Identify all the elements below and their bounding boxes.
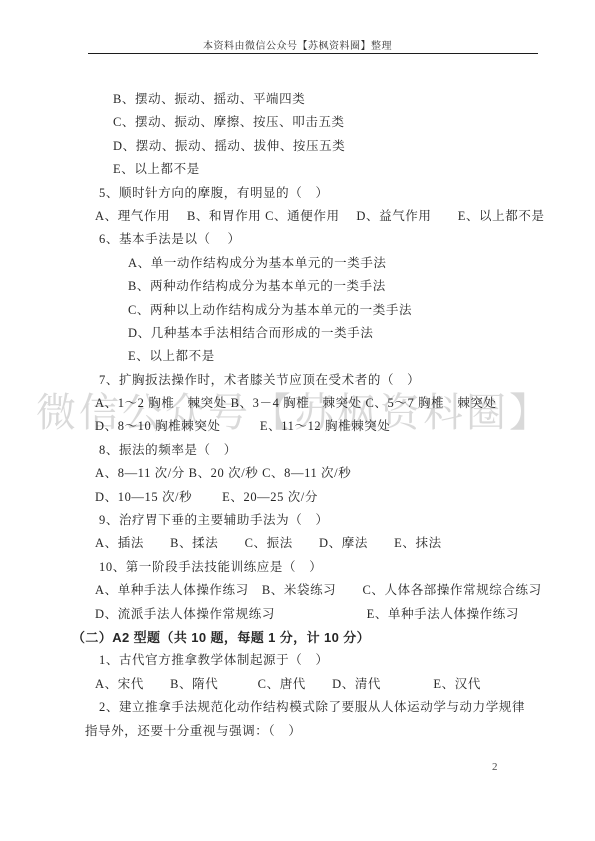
document-line: （二）A2 型题（共 10 题，每题 1 分，计 10 分） <box>0 626 595 649</box>
document-line: C、两种以上动作结构成分为基本单元的一类手法 <box>0 299 595 322</box>
document-line: A、插法 B、揉法 C、振法 D、摩法 E、抹法 <box>0 532 595 555</box>
document-line: C、摆动、振动、摩擦、按压、叩击五类 <box>0 111 595 134</box>
document-line: D、10—15 次/秒 E、20—25 次/分 <box>0 486 595 509</box>
document-line: E、以上都不是 <box>0 158 595 181</box>
document-line: A、1～2 胸椎 棘突处 B、3－4 胸椎 棘突处 C、5～7 胸椎 棘突处 <box>0 392 595 415</box>
document-line: 1、古代官方推拿教学体制起源于（ ） <box>0 649 595 672</box>
document-line: B、两种动作结构成分为基本单元的一类手法 <box>0 275 595 298</box>
page-number: 2 <box>492 761 498 773</box>
document-line: 2、建立推拿手法规范化动作结构模式除了要服从人体运动学与动力学规律 <box>0 696 595 719</box>
document-line: 10、第一阶段手法技能训练应是（ ） <box>0 556 595 579</box>
header-divider <box>88 53 538 54</box>
document-line: D、几种基本手法相结合而形成的一类手法 <box>0 322 595 345</box>
document-body: B、摆动、振动、摇动、平端四类C、摆动、振动、摩擦、按压、叩击五类D、摆动、振动… <box>0 88 595 743</box>
document-line: D、8～10 胸椎棘突处 E、11～12 胸椎棘突处 <box>0 415 595 438</box>
document-line: 5、顺时针方向的摩腹，有明显的（ ） <box>0 182 595 205</box>
page-header-text: 本资料由微信公众号【苏枫资料圈】整理 <box>0 37 595 52</box>
document-line: A、单种手法人体操作练习 B、米袋练习 C、人体各部操作常规综合练习 <box>0 579 595 602</box>
document-line: 指导外，还要十分重视与强调：（ ） <box>0 720 595 743</box>
document-line: A、8—11 次/分 B、20 次/秒 C、8—11 次/秒 <box>0 462 595 485</box>
document-line: B、摆动、振动、摇动、平端四类 <box>0 88 595 111</box>
document-line: 8、振法的频率是（ ） <box>0 439 595 462</box>
document-line: D、摆动、振动、摇动、拔伸、按压五类 <box>0 135 595 158</box>
document-line: A、宋代 B、隋代 C、唐代 D、清代 E、汉代 <box>0 673 595 696</box>
document-line: 7、扩胸扳法操作时，术者膝关节应顶在受术者的（ ） <box>0 369 595 392</box>
document-line: 6、基本手法是以（ ） <box>0 228 595 251</box>
document-line: A、理气作用 B、和胃作用 C、通便作用 D、益气作用 E、以上都不是 <box>0 205 595 228</box>
document-line: E、以上都不是 <box>0 345 595 368</box>
document-line: A、单一动作结构成分为基本单元的一类手法 <box>0 252 595 275</box>
document-line: 9、治疗胃下垂的主要辅助手法为（ ） <box>0 509 595 532</box>
document-line: D、流派手法人体操作常规练习 E、单种手法人体操作练习 <box>0 603 595 626</box>
